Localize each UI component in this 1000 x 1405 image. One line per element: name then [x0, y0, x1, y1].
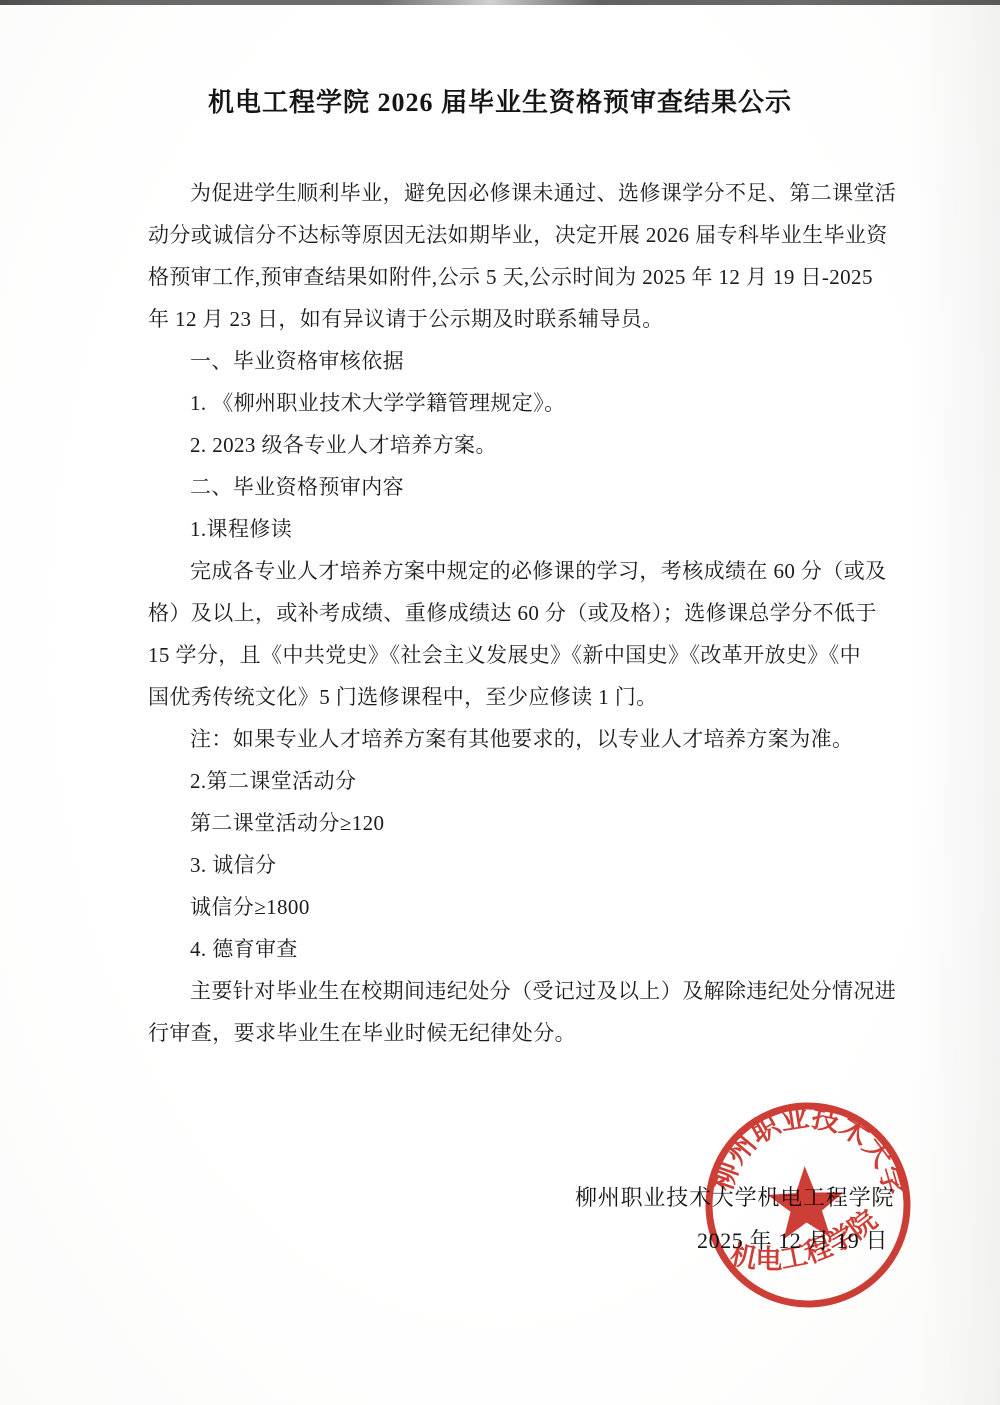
- document-line: 主要针对毕业生在校期间违纪处分（受记过及以上）及解除违纪处分情况进: [148, 970, 890, 1012]
- document-line: 格预审工作,预审查结果如附件,公示 5 天,公示时间为 2025 年 12 月 …: [148, 256, 890, 298]
- document-line: 动分或诚信分不达标等原因无法如期毕业，决定开展 2026 届专科毕业生毕业资: [148, 214, 890, 256]
- document-line: 行审查，要求毕业生在毕业时候无纪律处分。: [148, 1012, 890, 1054]
- document-line: 4. 德育审查: [148, 928, 890, 970]
- document-line: 2. 2023 级各专业人才培养方案。: [148, 424, 890, 466]
- scan-artifact-right-shade: [910, 0, 1000, 1405]
- document-line: 1. 《柳州职业技术大学学籍管理规定》。: [148, 382, 890, 424]
- scan-artifact-top-edge: [0, 0, 1000, 5]
- document-line: 1.课程修读: [148, 508, 890, 550]
- document-line: 注：如果专业人才培养方案有其他要求的，以专业人才培养方案为准。: [148, 718, 890, 760]
- document-line: 完成各专业人才培养方案中规定的必修课的学习，考核成绩在 60 分（或及: [148, 550, 890, 592]
- document-line: 3. 诚信分: [148, 844, 890, 886]
- scanned-document-page: 机电工程学院 2026 届毕业生资格预审查结果公示 为促进学生顺利毕业，避免因必…: [0, 0, 1000, 1405]
- document-title: 机电工程学院 2026 届毕业生资格预审查结果公示: [0, 82, 1000, 119]
- document-line: 15 学分，且《中共党史》《社会主义发展史》《新中国史》《改革开放史》《中: [148, 634, 890, 676]
- document-line: 二、毕业资格预审内容: [148, 466, 890, 508]
- document-line: 2.第二课堂活动分: [148, 760, 890, 802]
- document-line: 第二课堂活动分≥120: [148, 802, 890, 844]
- document-body: 为促进学生顺利毕业，避免因必修课未通过、选修课学分不足、第二课堂活动分或诚信分不…: [148, 172, 890, 1054]
- document-line: 为促进学生顺利毕业，避免因必修课未通过、选修课学分不足、第二课堂活: [148, 172, 890, 214]
- document-line: 格）及以上，或补考成绩、重修成绩达 60 分（或及格）；选修课总学分不低于: [148, 592, 890, 634]
- document-line: 年 12 月 23 日，如有异议请于公示期及时联系辅导员。: [148, 298, 890, 340]
- document-line: 诚信分≥1800: [148, 886, 890, 928]
- official-red-seal: 柳州职业技术大学 机电工程学院: [698, 1095, 917, 1314]
- document-line: 国优秀传统文化》5 门选修课程中，至少应修读 1 门。: [148, 676, 890, 718]
- document-line: 一、毕业资格审核依据: [148, 340, 890, 382]
